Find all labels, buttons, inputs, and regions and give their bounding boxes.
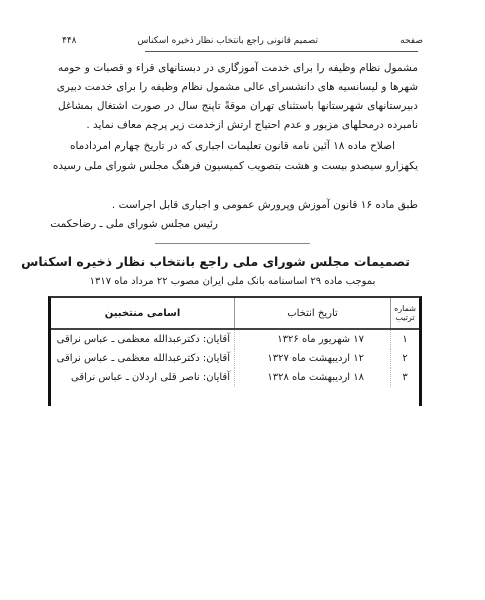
table-row: ۱ ۱۷ شهریور ماه ۱۳۲۶ آقایان: دکترعبدالله… xyxy=(51,329,419,349)
row-index: ۳ xyxy=(391,368,420,387)
table-row: ۳ ۱۸ اردیبهشت ماه ۱۳۲۸ آقایان: ناصر قلی … xyxy=(51,368,419,387)
row-index: ۱ xyxy=(391,329,420,349)
section-subtitle: بموجب ماده ۲۹ اساسنامه بانک ملی ایران مص… xyxy=(80,276,385,287)
row-names: آقایان: دکترعبدالله معظمی ـ عباس نراقی xyxy=(51,329,235,349)
column-header-date: تاریخ انتخاب xyxy=(235,298,391,329)
body-line: مشمول نظام وظیفه را برای خدمت آموزگاری د… xyxy=(58,62,418,74)
column-header-index: شماره ترتیب xyxy=(391,298,420,329)
table-header-row: شماره ترتیب تاریخ انتخاب اسامی منتخبین xyxy=(51,298,419,329)
page-label: صفحه xyxy=(400,36,423,46)
body-line: اصلاح ماده ۱۸ آئین نامه قانون تعلیمات اج… xyxy=(70,140,395,152)
row-names: آقایان: دکترعبدالله معظمی ـ عباس نراقی xyxy=(51,349,235,368)
page-number: ۴۴۸ xyxy=(62,36,77,46)
column-header-names: اسامی منتخبین xyxy=(51,298,235,329)
row-names: آقایان: ناصر قلی اردلان ـ عباس نراقی xyxy=(51,368,235,387)
body-line: طبق ماده ۱۶ قانون آموزش وپرورش عمومی و ا… xyxy=(112,199,418,211)
section-divider xyxy=(155,243,310,244)
row-date: ۱۲ اردیبهشت ماه ۱۳۲۷ xyxy=(235,349,391,368)
section-title: تصمیمات مجلس شورای ملی راجع بانتخاب نظار… xyxy=(70,254,410,269)
row-date: ۱۸ اردیبهشت ماه ۱۳۲۸ xyxy=(235,368,391,387)
body-line: یکهزارو سیصدو بیست و هشت بتصویب کمیسیون … xyxy=(58,160,418,172)
table-row: ۲ ۱۲ اردیبهشت ماه ۱۳۲۷ آقایان: دکترعبدال… xyxy=(51,349,419,368)
body-line: نامبرده درمحلهای مزبور و عدم احتیاج ارتش… xyxy=(86,119,418,131)
body-line: دبیرستانهای شهرستانها باستثنای تهران موق… xyxy=(58,100,418,112)
row-date: ۱۷ شهریور ماه ۱۳۲۶ xyxy=(235,329,391,349)
header-rule xyxy=(145,51,418,52)
electees-table: شماره ترتیب تاریخ انتخاب اسامی منتخبین ۱… xyxy=(48,296,422,406)
body-line: شهرها و لیسانسیه های دانشسرای عالی مشمول… xyxy=(58,81,418,93)
running-title: تصمیم قانونی راجع بانتخاب نظار ذخیره اسک… xyxy=(148,36,318,46)
signature: رئیس مجلس شورای ملی ـ رضاحکمت xyxy=(58,218,218,230)
row-index: ۲ xyxy=(391,349,420,368)
